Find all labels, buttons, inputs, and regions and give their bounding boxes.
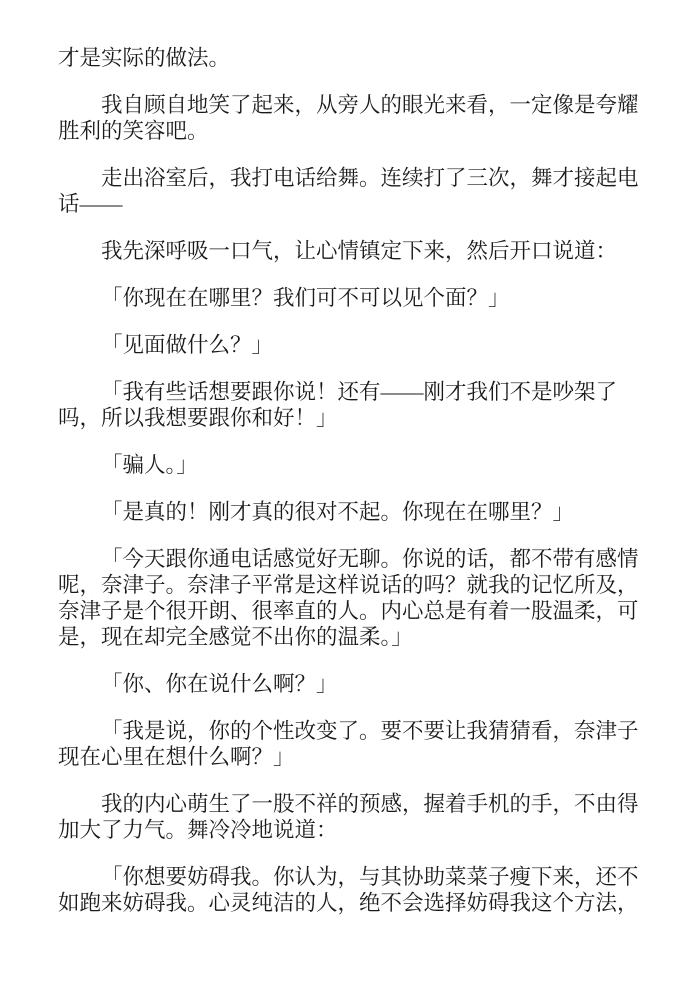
paragraph: 「骗人。」 [58, 452, 640, 478]
paragraph: 「见面做什么？」 [58, 332, 640, 358]
paragraph: 才是实际的做法。 [58, 45, 640, 71]
paragraph: 我自顾自地笑了起来，从旁人的眼光来看，一定像是夸耀胜利的笑容吧。 [58, 92, 640, 144]
paragraph: 「我是说，你的个性改变了。要不要让我猜猜看，奈津子现在心里在想什么啊？」 [58, 718, 640, 770]
paragraph: 走出浴室后，我打电话给舞。连续打了三次，舞才接起电话—— [58, 165, 640, 217]
paragraph: 「你、你在说什么啊？」 [58, 671, 640, 697]
paragraph: 「今天跟你通电话感觉好无聊。你说的话，都不带有感情呢，奈津子。奈津子平常是这样说… [58, 546, 640, 650]
paragraph: 「你现在在哪里？我们可不可以见个面？」 [58, 285, 640, 311]
novel-page: 才是实际的做法。我自顾自地笑了起来，从旁人的眼光来看，一定像是夸耀胜利的笑容吧。… [0, 0, 700, 992]
paragraph: 我先深呼吸一口气，让心情镇定下来，然后开口说道： [58, 238, 640, 264]
book-page-screenshot: { "meta": { "background_color": "#ffffff… [0, 0, 700, 992]
paragraph: 「我有些话想要跟你说！还有——刚才我们不是吵架了吗，所以我想要跟你和好！」 [58, 379, 640, 431]
paragraph: 「你想要妨碍我。你认为，与其协助菜菜子瘦下来，还不如跑来妨碍我。心灵纯洁的人，绝… [58, 864, 640, 916]
page-text: 才是实际的做法。我自顾自地笑了起来，从旁人的眼光来看，一定像是夸耀胜利的笑容吧。… [58, 45, 640, 916]
paragraph: 我的内心萌生了一股不祥的预感，握着手机的手，不由得加大了力气。舞冷冷地说道： [58, 791, 640, 843]
paragraph: 「是真的！刚才真的很对不起。你现在在哪里？」 [58, 499, 640, 525]
